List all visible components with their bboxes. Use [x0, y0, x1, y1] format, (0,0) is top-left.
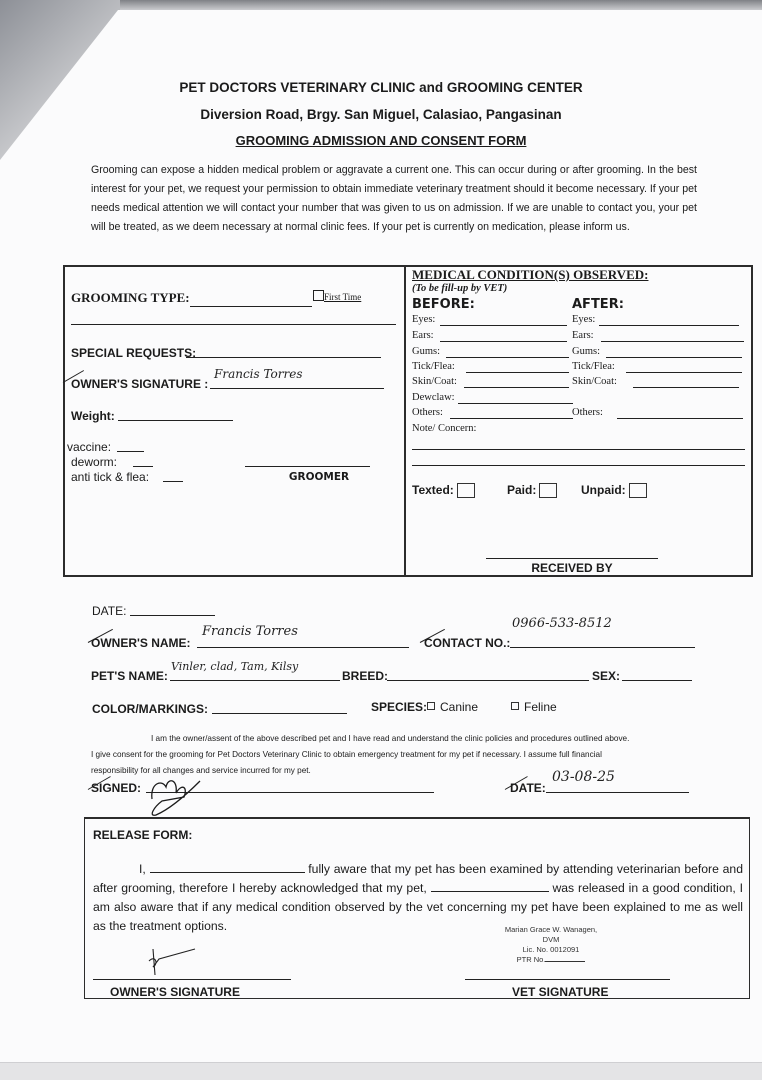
owner-signature-field[interactable]: [210, 388, 384, 389]
groomer-signature-line[interactable]: [245, 466, 370, 467]
scan-background-bottom: [0, 1062, 762, 1080]
owner-name-value: Francis Torres: [202, 624, 298, 639]
unpaid-checkbox[interactable]: [629, 483, 647, 498]
note-line-2[interactable]: [412, 465, 745, 466]
canine-label: Canine: [440, 700, 478, 714]
before-row-label: Ears:: [412, 330, 434, 341]
species-label: SPECIES:: [371, 700, 427, 714]
before-row-label: Eyes:: [412, 314, 435, 325]
first-time-checkbox[interactable]: [313, 290, 324, 301]
first-time-label: First Time: [324, 292, 361, 302]
owner-signature-scribble: [140, 773, 210, 823]
feline-label: Feline: [524, 700, 557, 714]
before-row-label: Others:: [412, 407, 443, 418]
before-row-field[interactable]: [464, 387, 569, 388]
first-time-option[interactable]: First Time: [313, 290, 361, 302]
anti-tick-flea-label: anti tick & flea:: [71, 470, 149, 484]
after-row-label: Tick/Flea:: [572, 361, 615, 372]
ptr-field[interactable]: [545, 961, 585, 962]
color-markings-field[interactable]: [212, 713, 347, 714]
special-requests-field[interactable]: [186, 357, 381, 358]
before-row-field[interactable]: [440, 325, 567, 326]
before-row-field[interactable]: [446, 357, 569, 358]
consent-line-1: I am the owner/assent of the above descr…: [91, 731, 731, 747]
release-owner-signature-line[interactable]: [93, 979, 291, 980]
after-row-label: Skin/Coat:: [572, 376, 617, 387]
species-canine-option[interactable]: Canine: [427, 700, 478, 714]
weight-label: Weight:: [71, 409, 115, 423]
vaccine-label: vaccine:: [67, 440, 111, 454]
release-statement: I, fully aware that my pet has been exam…: [93, 860, 743, 936]
owner-name-label: OWNER'S NAME:: [91, 636, 191, 650]
consent-statement: I am the owner/assent of the above descr…: [91, 731, 731, 779]
date-field[interactable]: [130, 615, 215, 616]
release-form-title: RELEASE FORM:: [93, 828, 192, 842]
after-row-field[interactable]: [626, 372, 742, 373]
vet-signature-label: VET SIGNATURE: [512, 985, 608, 999]
date-label: DATE:: [92, 604, 126, 618]
pet-name-label: PET'S NAME:: [91, 669, 168, 683]
consent-line-2: I give consent for the grooming for Pet …: [91, 747, 731, 763]
unpaid-option[interactable]: Unpaid:: [581, 483, 647, 498]
received-by-label: RECEIVED BY: [486, 561, 658, 575]
special-requests-label: SPECIAL REQUESTS:: [71, 346, 196, 360]
grooming-type-extra-line[interactable]: [71, 324, 396, 325]
form-title: GROOMING ADMISSION AND CONSENT FORM: [0, 133, 762, 148]
paid-checkbox[interactable]: [539, 483, 557, 498]
before-row-field[interactable]: [466, 372, 569, 373]
sex-field[interactable]: [622, 680, 692, 681]
before-row-field[interactable]: [450, 418, 573, 419]
contact-label: CONTACT NO.:: [424, 636, 510, 650]
breed-label: BREED:: [342, 669, 388, 683]
texted-label: Texted:: [412, 483, 454, 497]
before-row-field[interactable]: [440, 341, 567, 342]
before-row-label: Tick/Flea:: [412, 361, 455, 372]
medical-title: MEDICAL CONDITION(S) OBSERVED:: [412, 267, 648, 283]
after-row-field[interactable]: [599, 325, 739, 326]
sex-label: SEX:: [592, 669, 620, 683]
groomer-label: GROOMER: [245, 471, 393, 483]
after-row-label: Gums:: [572, 346, 600, 357]
pet-name-value: Vinler, clad, Tam, Kilsy: [171, 660, 298, 673]
before-heading: BEFORE:: [412, 297, 475, 312]
note-line-1[interactable]: [412, 449, 745, 450]
clinic-address: Diversion Road, Brgy. San Miguel, Calasi…: [0, 107, 762, 122]
weight-field[interactable]: [118, 420, 233, 421]
owner-name-field[interactable]: [197, 647, 409, 648]
owner-signature-value: Francis Torres: [214, 367, 303, 381]
release-owner-signature-label: OWNER'S SIGNATURE: [110, 985, 240, 999]
consent-date-field[interactable]: [546, 792, 689, 793]
texted-option[interactable]: Texted:: [412, 483, 475, 498]
pet-name-field[interactable]: [170, 680, 340, 681]
grooming-medical-box: [63, 265, 753, 577]
unpaid-label: Unpaid:: [581, 483, 626, 497]
paid-label: Paid:: [507, 483, 536, 497]
box-divider: [404, 265, 406, 577]
after-row-field[interactable]: [601, 341, 744, 342]
medical-subtitle: (To be fill-up by VET): [412, 283, 507, 294]
contact-field[interactable]: [510, 647, 695, 648]
color-markings-label: COLOR/MARKINGS:: [92, 702, 208, 716]
feline-checkbox[interactable]: [511, 702, 519, 710]
breed-field[interactable]: [387, 680, 589, 681]
vet-stamp: Marian Grace W. Wanagen, DVM Lic. No. 00…: [496, 925, 606, 965]
after-row-label: Eyes:: [572, 314, 595, 325]
owner-signature-label: OWNER'S SIGNATURE :: [71, 377, 208, 391]
after-row-field[interactable]: [606, 357, 742, 358]
deworm-field[interactable]: [133, 466, 153, 467]
vet-signature-line[interactable]: [465, 979, 670, 980]
after-row-field[interactable]: [633, 387, 739, 388]
contact-value: 0966-533-8512: [512, 616, 612, 631]
canine-checkbox[interactable]: [427, 702, 435, 710]
vet-name: Marian Grace W. Wanagen, DVM: [496, 925, 606, 945]
release-owner-name-field[interactable]: [150, 862, 305, 873]
after-row-label: Others:: [572, 407, 603, 418]
consent-date-value: 03-08-25: [552, 769, 615, 785]
clinic-name: PET DOCTORS VETERINARY CLINIC and GROOMI…: [0, 80, 762, 95]
species-feline-option[interactable]: Feline: [511, 700, 557, 714]
release-text-1: I,: [93, 862, 150, 876]
after-row-field[interactable]: [617, 418, 743, 419]
vaccine-field[interactable]: [117, 451, 144, 452]
note-concern-label: Note/ Concern:: [412, 423, 476, 434]
grooming-type-label: GROOMING TYPE:: [71, 290, 190, 306]
paid-option[interactable]: Paid:: [507, 483, 557, 498]
after-row-label: Ears:: [572, 330, 594, 341]
ptr-row: PTR No.: [496, 955, 606, 965]
intro-paragraph: Grooming can expose a hidden medical pro…: [91, 161, 697, 237]
anti-tick-flea-field[interactable]: [163, 481, 183, 482]
grooming-type-field[interactable]: [190, 306, 312, 307]
before-row-label: Dewclaw:: [412, 392, 455, 403]
after-heading: AFTER:: [572, 297, 624, 312]
before-row-label: Skin/Coat:: [412, 376, 457, 387]
release-pet-name-field[interactable]: [431, 881, 549, 892]
texted-checkbox[interactable]: [457, 483, 475, 498]
ptr-label: PTR No.: [517, 955, 546, 964]
vet-license: Lic. No. 0012091: [496, 945, 606, 955]
deworm-label: deworm:: [71, 455, 117, 469]
before-row-field[interactable]: [458, 403, 573, 404]
form-page: PET DOCTORS VETERINARY CLINIC and GROOMI…: [0, 10, 762, 1062]
received-by-line[interactable]: [486, 558, 658, 559]
before-row-label: Gums:: [412, 346, 440, 357]
